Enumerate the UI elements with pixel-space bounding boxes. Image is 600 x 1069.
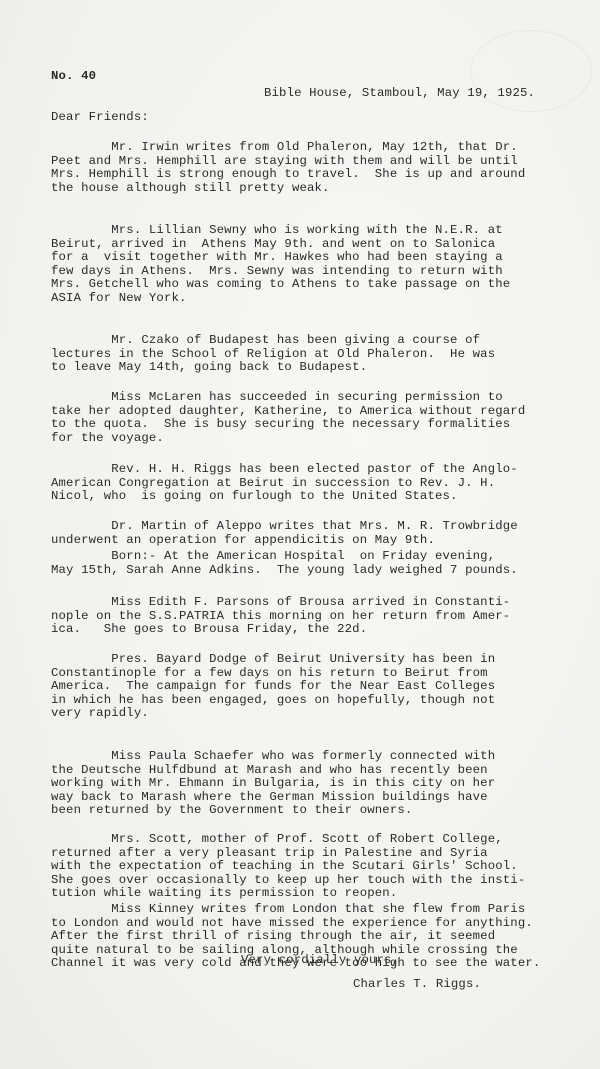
text-line: Mrs. Hemphill is strong enough to travel… bbox=[51, 168, 525, 182]
text-line: Rev. H. H. Riggs has been elected pastor… bbox=[51, 463, 518, 477]
text-line: Beirut, arrived in Athens May 9th. and w… bbox=[51, 238, 510, 252]
paragraph: Miss Edith F. Parsons of Brousa arrived … bbox=[51, 596, 510, 637]
paragraph: Mrs. Lillian Sewny who is working with t… bbox=[51, 224, 510, 306]
paragraph: Rev. H. H. Riggs has been elected pastor… bbox=[51, 463, 518, 504]
paragraph: Mr. Irwin writes from Old Phaleron, May … bbox=[51, 141, 525, 195]
dateline: Bible House, Stamboul, May 19, 1925. bbox=[264, 87, 535, 101]
text-line: Mr. Czako of Budapest has been giving a … bbox=[51, 334, 495, 348]
text-line: lectures in the School of Religion at Ol… bbox=[51, 348, 495, 362]
text-line: Born:- At the American Hospital on Frida… bbox=[51, 550, 518, 564]
text-line: Miss Edith F. Parsons of Brousa arrived … bbox=[51, 596, 510, 610]
text-line: Miss Paula Schaefer who was formerly con… bbox=[51, 750, 495, 764]
text-line: ica. She goes to Brousa Friday, the 22d. bbox=[51, 623, 510, 637]
letter-page: No. 40 Bible House, Stamboul, May 19, 19… bbox=[0, 0, 600, 1069]
paragraph: Born:- At the American Hospital on Frida… bbox=[51, 550, 518, 577]
text-line: Peet and Mrs. Hemphill are staying with … bbox=[51, 155, 525, 169]
text-line: nople on the S.S.PATRIA this morning on … bbox=[51, 610, 510, 624]
text-line: Mrs. Getchell who was coming to Athens t… bbox=[51, 278, 510, 292]
text-line: Miss McLaren has succeeded in securing p… bbox=[51, 391, 525, 405]
text-line: Mr. Irwin writes from Old Phaleron, May … bbox=[51, 141, 525, 155]
text-line: underwent an operation for appendicitis … bbox=[51, 534, 518, 548]
text-line: ASIA for New York. bbox=[51, 292, 510, 306]
signature: Charles T. Riggs. bbox=[353, 978, 481, 992]
text-line: Mrs. Lillian Sewny who is working with t… bbox=[51, 224, 510, 238]
text-line: working with Mr. Ehmann in Bulgaria, is … bbox=[51, 777, 495, 791]
text-line: Constantinople for a few days on his ret… bbox=[51, 667, 495, 681]
text-line: Miss Kinney writes from London that she … bbox=[51, 903, 540, 917]
text-line: to leave May 14th, going back to Budapes… bbox=[51, 361, 495, 375]
text-line: very rapidly. bbox=[51, 707, 495, 721]
text-line: America. The campaign for funds for the … bbox=[51, 680, 495, 694]
paragraph: Miss McLaren has succeeded in securing p… bbox=[51, 391, 525, 445]
text-line: way back to Marash where the German Miss… bbox=[51, 791, 495, 805]
text-line: May 15th, Sarah Anne Adkins. The young l… bbox=[51, 564, 518, 578]
text-line: take her adopted daughter, Katherine, to… bbox=[51, 405, 525, 419]
text-line: returned after a very pleasant trip in P… bbox=[51, 847, 525, 861]
text-line: American Congregation at Beirut in succe… bbox=[51, 477, 518, 491]
paragraph: Dr. Martin of Aleppo writes that Mrs. M.… bbox=[51, 520, 518, 547]
closing: Very cordially yours, bbox=[241, 954, 399, 968]
text-line: Pres. Bayard Dodge of Beirut University … bbox=[51, 653, 495, 667]
text-line: tution while waiting its permission to r… bbox=[51, 887, 525, 901]
paragraph: Pres. Bayard Dodge of Beirut University … bbox=[51, 653, 495, 721]
text-line: Nicol, who is going on furlough to the U… bbox=[51, 490, 518, 504]
paragraph: Miss Paula Schaefer who was formerly con… bbox=[51, 750, 495, 818]
paragraph: Mr. Czako of Budapest has been giving a … bbox=[51, 334, 495, 375]
letter-number: No. 40 bbox=[51, 70, 96, 84]
text-line: to the quota. She is busy securing the n… bbox=[51, 418, 525, 432]
text-line: After the first thrill of rising through… bbox=[51, 930, 540, 944]
text-line: for a visit together with Mr. Hawkes who… bbox=[51, 251, 510, 265]
text-line: few days in Athens. Mrs. Sewny was inten… bbox=[51, 265, 510, 279]
text-line: the Deutsche Hulfdbund at Marash and who… bbox=[51, 764, 495, 778]
text-line: Dr. Martin of Aleppo writes that Mrs. M.… bbox=[51, 520, 518, 534]
text-line: She goes over occasionally to keep up he… bbox=[51, 874, 525, 888]
paragraph: Mrs. Scott, mother of Prof. Scott of Rob… bbox=[51, 833, 525, 901]
text-line: with the expectation of teaching in the … bbox=[51, 860, 525, 874]
text-line: to London and would not have missed the … bbox=[51, 917, 540, 931]
text-line: been returned by the Government to their… bbox=[51, 804, 495, 818]
text-line: the house although still pretty weak. bbox=[51, 182, 525, 196]
text-line: in which he has been engaged, goes on ho… bbox=[51, 694, 495, 708]
text-line: for the voyage. bbox=[51, 432, 525, 446]
text-line: Mrs. Scott, mother of Prof. Scott of Rob… bbox=[51, 833, 525, 847]
salutation: Dear Friends: bbox=[51, 111, 149, 125]
